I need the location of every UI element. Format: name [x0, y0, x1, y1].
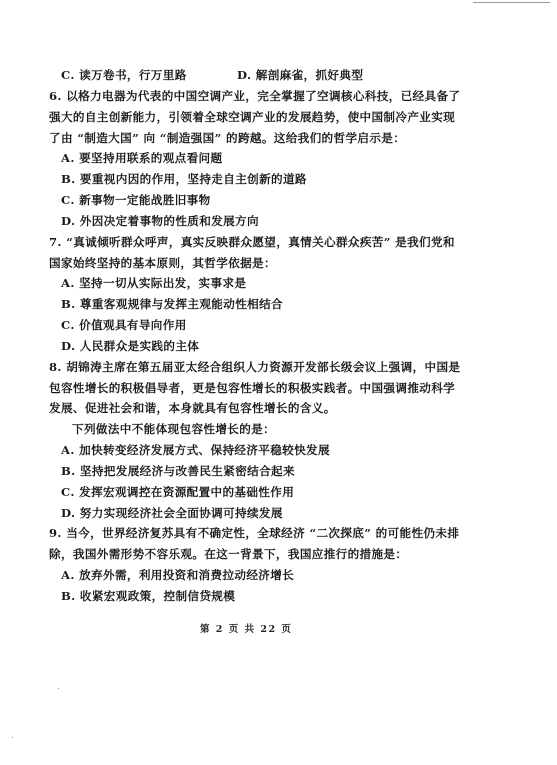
scan-speck: [58, 688, 59, 689]
question-stem-line: 发展、促进社会和谐，本身就具有包容性增长的含义。: [49, 401, 336, 415]
option-b: B. 要重视内因的作用，坚持走自主创新的道路: [61, 172, 307, 186]
question-stem-line: 7. “真诚倾听群众呼声，真实反映群众愿望，真情关心群众疾苦” 是我们党和: [49, 235, 455, 249]
question-stem-line: 8. 胡锦涛主席在第五届亚太经合组织人力资源开发部长级会议上强调，中国是: [49, 360, 460, 374]
option-d: D. 努力实现经济社会全面协调可持续发展: [61, 506, 283, 520]
option-d: D. 解剖麻雀，抓好典型: [237, 68, 363, 82]
question-stem-line: 包容性增长的积极倡导者，更是包容性增长的积极实践者。中国强调推动科学: [49, 381, 455, 395]
option-c: C. 读万卷书，行万里路: [61, 68, 187, 82]
question-stem-line: 了由 “制造大国” 向 “制造强国” 的跨越。这给我们的哲学启示是：: [49, 131, 405, 145]
question-stem-line: 强大的自主创新能力，引领着全球空调产业的发展趋势，使中国制冷产业实现: [49, 110, 455, 124]
option-b: B. 收紧宏观政策，控制信贷规模: [61, 589, 235, 603]
option-d: D. 外因决定着事物的性质和发展方向: [61, 214, 259, 228]
option-a: A. 加快转变经济发展方式、保持经济平稳较快发展: [61, 443, 330, 457]
option-c: C. 价值观具有导向作用: [61, 318, 187, 332]
option-d: D. 人民群众是实践的主体: [61, 339, 199, 353]
question-stem-line: 国家始终坚持的基本原则，其哲学依据是：: [49, 256, 276, 270]
option-a: A. 坚持一切从实际出发，实事求是: [61, 276, 246, 290]
scan-speck: [12, 737, 13, 738]
question-stem-line: 除，我国外需形势不容乐观。在这一背景下，我国应推行的措施是：: [49, 547, 407, 561]
page-number-footer: 第 2 页 共 22 页: [200, 621, 292, 635]
option-c: C. 新事物一定能战胜旧事物: [61, 193, 211, 207]
option-c: C. 发挥宏观调控在资源配置中的基础性作用: [61, 485, 294, 499]
option-a: A. 放弃外需，利用投资和消费拉动经济增长: [61, 568, 294, 582]
option-b: B. 尊重客观规律与发挥主观能动性相结合: [61, 297, 283, 311]
question-stem-line: 6. 以格力电器为代表的中国空调产业，完全掌握了空调核心科技，已经具备了: [49, 89, 460, 103]
option-a: A. 要坚持用联系的观点看问题: [61, 151, 222, 165]
top-edge-rule: [473, 2, 550, 3]
question-stem-line: 9. 当今，世界经济复苏具有不确定性，全球经济 “二次探底” 的可能性仍未排: [49, 526, 459, 540]
question-sub-prompt: 下列做法中不能体现包容性增长的是：: [72, 422, 275, 436]
option-b: B. 坚持把发展经济与改善民生紧密结合起来: [61, 464, 295, 478]
